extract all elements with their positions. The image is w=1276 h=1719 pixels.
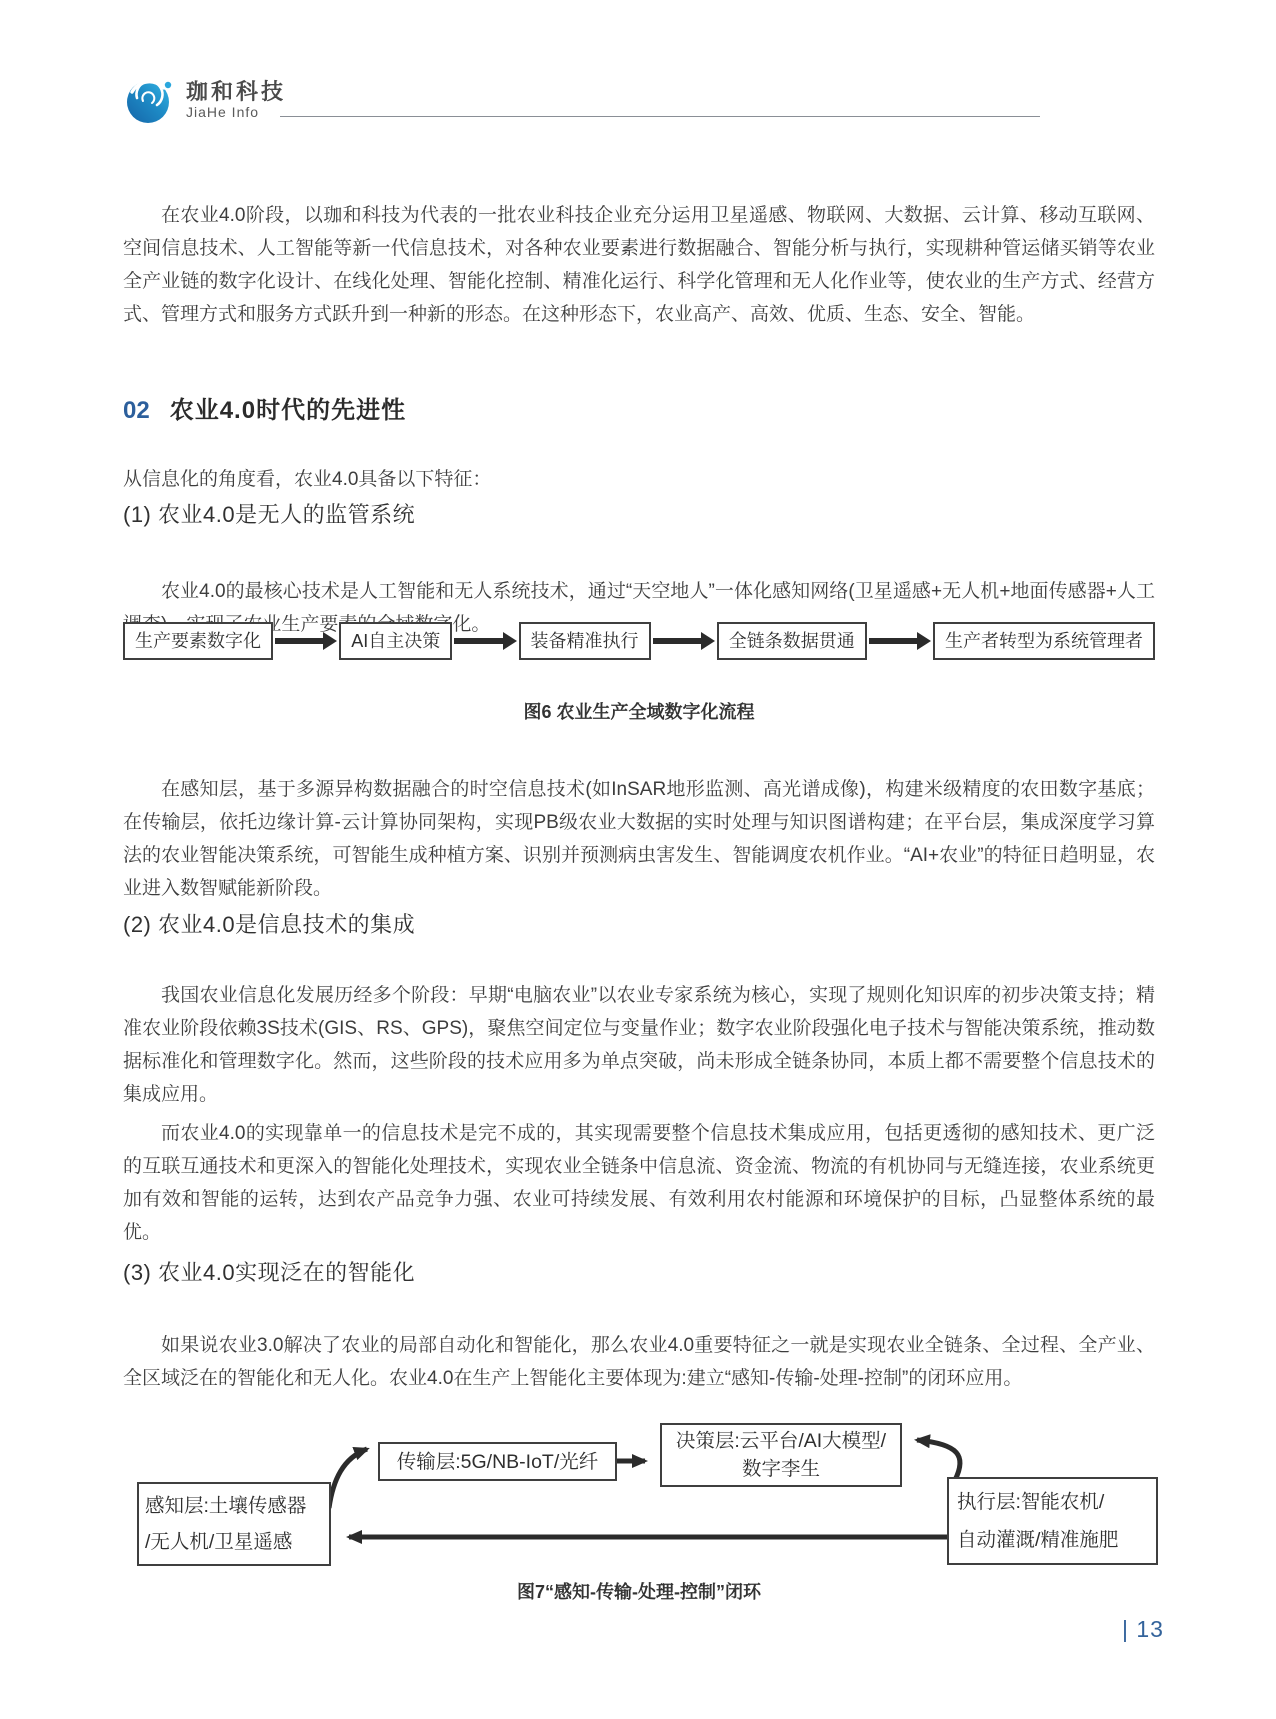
decision-line2: 数字李生 xyxy=(662,1455,900,1483)
figure7-transmission-box: 传输层:5G/NB-IoT/光纤 xyxy=(378,1442,617,1481)
perception-line2: /无人机/卫星遥感 xyxy=(145,1530,323,1554)
figure6-box-3: 装备精准执行 xyxy=(519,622,651,660)
company-logo: 珈和科技 JiaHe Info xyxy=(124,74,286,126)
page-number: | 13 xyxy=(1122,1616,1164,1643)
section-title: 农业4.0时代的先进性 xyxy=(170,390,406,425)
logo-title: 珈和科技 xyxy=(186,80,286,104)
feature3-heading: (3) 农业4.0实现泛在的智能化 xyxy=(123,1256,1155,1287)
section-number: 02 xyxy=(123,397,150,425)
figure6-box-1: 生产要素数字化 xyxy=(123,622,273,660)
feature1-heading: (1) 农业4.0是无人的监管系统 xyxy=(123,498,1155,529)
figure6-box-2: AI自主决策 xyxy=(339,622,452,660)
intro-paragraph: 在农业4.0阶段，以珈和科技为代表的一批农业科技企业充分运用卫星遥感、物联网、大… xyxy=(123,199,1155,331)
figure7-decision-box: 决策层:云平台/AI大模型/ 数字李生 xyxy=(660,1423,902,1487)
feature1-paragraph-2: 在感知层，基于多源异构数据融合的时空信息技术(如InSAR地形监测、高光谱成像)… xyxy=(123,773,1155,905)
logo-subtitle: JiaHe Info xyxy=(186,104,286,121)
transmission-label: 传输层:5G/NB-IoT/光纤 xyxy=(380,1450,615,1474)
perception-line1: 感知层:土壤传感器 xyxy=(145,1494,323,1518)
figure7-execution-box: 执行层:智能农机/ 自动灌溉/精准施肥 xyxy=(947,1477,1158,1565)
feature3-paragraph: 如果说农业3.0解决了农业的局部自动化和智能化，那么农业4.0重要特征之一就是实… xyxy=(123,1329,1155,1395)
logo-text: 珈和科技 JiaHe Info xyxy=(186,80,286,121)
logo-globe-icon xyxy=(124,74,176,126)
execution-line1: 执行层:智能农机/ xyxy=(957,1490,1148,1514)
figure6-box-5: 生产者转型为系统管理者 xyxy=(933,622,1155,660)
figure7-perception-box: 感知层:土壤传感器 /无人机/卫星遥感 xyxy=(137,1482,331,1566)
section-lead: 从信息化的角度看，农业4.0具备以下特征： xyxy=(123,463,1155,496)
figure6-box-4: 全链条数据贯通 xyxy=(717,622,867,660)
arrow-right-icon xyxy=(653,632,715,650)
header-divider xyxy=(280,116,1040,117)
figure7-diagram: 感知层:土壤传感器 /无人机/卫星遥感 传输层:5G/NB-IoT/光纤 决策层… xyxy=(123,1418,1163,1570)
arrow-right-icon xyxy=(454,632,516,650)
arrow-right-icon xyxy=(275,632,337,650)
figure6-flowchart: 生产要素数字化 AI自主决策 装备精准执行 全链条数据贯通 生产者转型为系统管理… xyxy=(123,622,1155,660)
section-heading: 02 农业4.0时代的先进性 xyxy=(123,390,1155,425)
decision-line1: 决策层:云平台/AI大模型/ xyxy=(662,1427,900,1455)
execution-line2: 自动灌溉/精准施肥 xyxy=(957,1528,1148,1552)
feature2-paragraph-2: 而农业4.0的实现靠单一的信息技术是完不成的，其实现需要整个信息技术集成应用，包… xyxy=(123,1117,1155,1249)
document-page: 珈和科技 JiaHe Info 在农业4.0阶段，以珈和科技为代表的一批农业科技… xyxy=(0,0,1276,1719)
figure7-caption: 图7“感知-传输-处理-控制”闭环 xyxy=(123,1578,1155,1604)
arrow-right-icon xyxy=(869,632,931,650)
figure6-caption: 图6 农业生产全域数字化流程 xyxy=(123,698,1155,724)
feature2-paragraph-1: 我国农业信息化发展历经多个阶段：早期“电脑农业”以农业专家系统为核心，实现了规则… xyxy=(123,979,1155,1111)
feature2-heading: (2) 农业4.0是信息技术的集成 xyxy=(123,908,1155,939)
